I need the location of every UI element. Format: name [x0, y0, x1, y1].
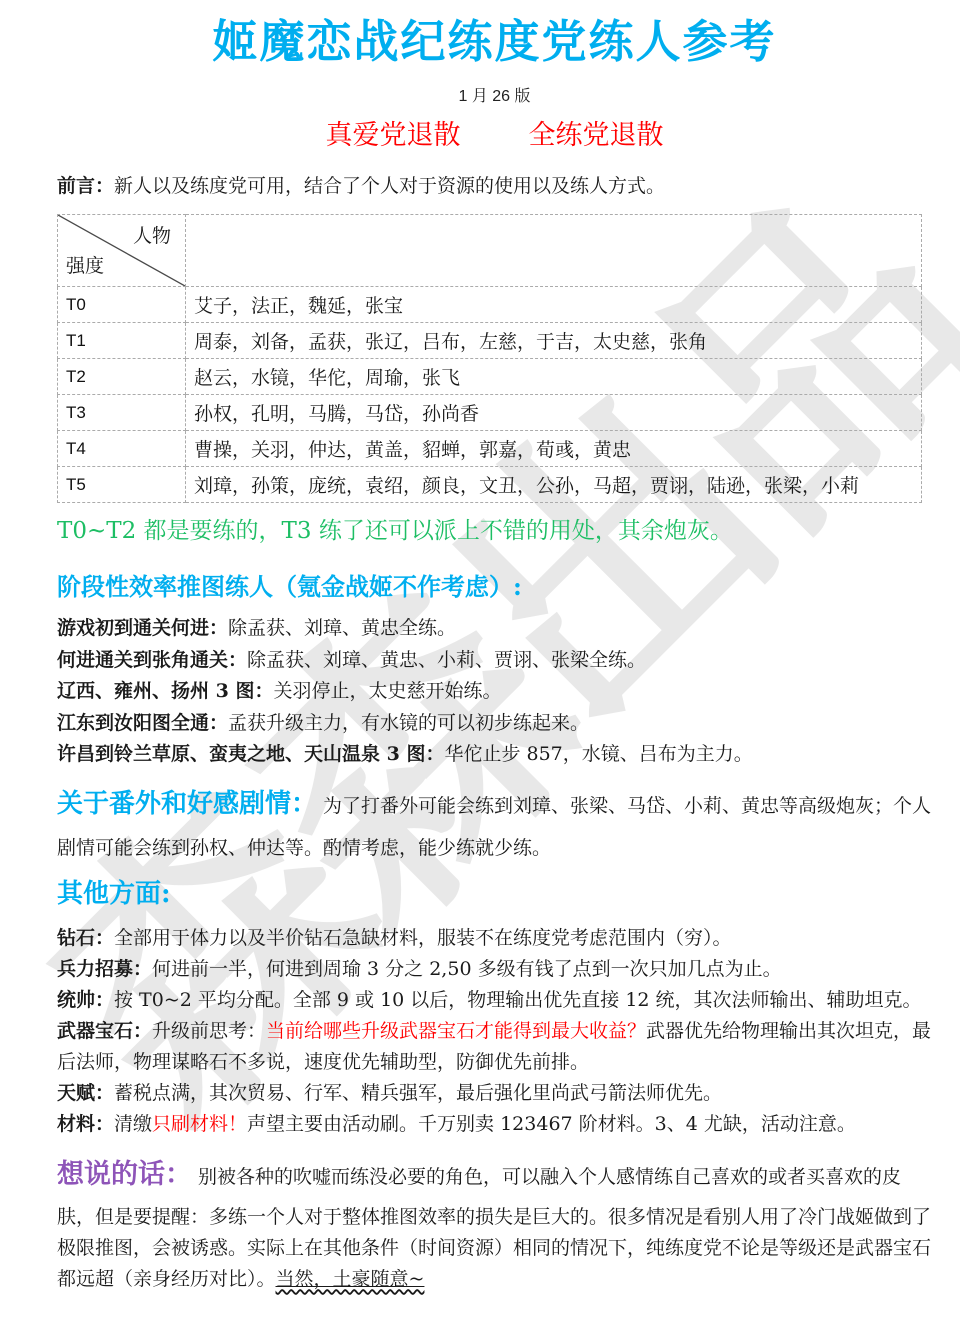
- item-diamond: 钻石：全部用于体力以及半价钻石急缺材料，服装不在练度党考虑范围内（穷）。: [57, 923, 932, 954]
- table-row: T4 曹操，关羽，仲达，黄盖，貂蝉，郭嘉，荀彧，黄忠: [58, 431, 922, 467]
- item-label: 材料：: [57, 1113, 114, 1135]
- item-text-pre: 清缴: [114, 1113, 152, 1135]
- slogan-right: 全练党退散: [529, 119, 664, 153]
- item-text-red: 只刷材料！: [152, 1113, 247, 1135]
- item-text-post: 声望主要由活动刷。千万别卖 123467 阶材料。3、4 尤缺，活动注意。: [247, 1113, 856, 1135]
- item-material: 材料：清缴只刷材料！声望主要由活动刷。千万别卖 123467 阶材料。3、4 尤…: [57, 1109, 932, 1140]
- table-row: T2 赵云，水镜，华佗，周瑜，张飞: [58, 359, 922, 395]
- stage-item: 游戏初到通关何进：除孟获、刘璋、黄忠全练。: [57, 613, 932, 645]
- stage-item: 辽西、雍州、扬州 3 图：关羽停止，太史慈开始练。: [57, 676, 932, 708]
- item-recruit: 兵力招募：何进前一半，何进到周瑜 3 分之 2,50 多级有钱了点到一次只加几点…: [57, 954, 932, 985]
- table-row: T0 艾子，法正，魏延，张宝: [58, 287, 922, 323]
- item-text: 何进前一半，何进到周瑜 3 分之 2,50 多级有钱了点到一次只加几点为止。: [152, 958, 782, 980]
- item-label: 钻石：: [57, 927, 114, 949]
- tier-characters: 周泰，刘备，孟获，张辽，吕布，左慈，于吉，太史慈，张角: [186, 323, 922, 359]
- tier-table-diagonal-cell: 人物 强度: [58, 215, 186, 287]
- tier-label: T3: [58, 395, 186, 431]
- final-section-heading: 想说的话：: [57, 1159, 192, 1190]
- stage-item: 江东到汝阳图全通：孟获升级主力，有水镜的可以初步练起来。: [57, 708, 932, 740]
- tier-characters: 刘璋，孙策，庞统，袁绍，颜良，文丑，公孙，马超，贾诩，陆逊，张梁，小莉: [186, 467, 922, 503]
- item-label: 天赋：: [57, 1082, 114, 1104]
- stage-item-label: 何进通关到张角通关：: [57, 649, 247, 671]
- document-page: 姬魔恋战纪练度党练人参考 1 月 26 版 真爱党退散 全练党退散 前言：新人以…: [0, 0, 960, 1295]
- item-label: 武器宝石：: [57, 1020, 152, 1042]
- stage-item-text: 关羽停止，太史慈开始练。: [273, 680, 501, 702]
- page-title: 姬魔恋战纪练度党练人参考: [57, 14, 932, 70]
- tier-characters: 孙权，孔明，马腾，马岱，孙尚香: [186, 395, 922, 431]
- tier-label: T5: [58, 467, 186, 503]
- tier-table-header-row: 人物 强度: [58, 215, 922, 287]
- stage-item-label: 许昌到铃兰草原、蛮夷之地、天山温泉 3 图：: [57, 743, 444, 765]
- tier-characters: 曹操，关羽，仲达，黄盖，貂蝉，郭嘉，荀彧，黄忠: [186, 431, 922, 467]
- tier-characters: 赵云，水镜，华佗，周瑜，张飞: [186, 359, 922, 395]
- stage-list: 游戏初到通关何进：除孟获、刘璋、黄忠全练。 何进通关到张角通关：除孟获、刘璋、黄…: [57, 613, 932, 771]
- final-tail-underline: 当然，土豪随意~: [276, 1268, 425, 1290]
- final-section: 想说的话：别被各种的吹嘘而练没必要的角色，可以融入个人感情练自己喜欢的或者买喜欢…: [57, 1148, 932, 1295]
- item-label: 兵力招募：: [57, 958, 152, 980]
- slogan-row: 真爱党退散 全练党退散: [57, 119, 932, 153]
- header-column-label: 人物: [133, 221, 171, 248]
- stage-item-text: 除孟获、刘璋、黄忠全练。: [228, 617, 456, 639]
- tier-label: T4: [58, 431, 186, 467]
- item-talent: 天赋：蓄税点满，其次贸易、行军、精兵强军，最后强化里尚武弓箭法师优先。: [57, 1078, 932, 1109]
- stage-item-text: 华佗止步 857，水镜、吕布为主力。: [444, 743, 752, 765]
- other-list: 钻石：全部用于体力以及半价钻石急缺材料，服装不在练度党考虑范围内（穷）。 兵力招…: [57, 923, 932, 1140]
- table-row: T1 周泰，刘备，孟获，张辽，吕布，左慈，于吉，太史慈，张角: [58, 323, 922, 359]
- final-tail-text: 当然，土豪随意~: [276, 1268, 425, 1290]
- item-text: 全部用于体力以及半价钻石急缺材料，服装不在练度党考虑范围内（穷）。: [114, 927, 732, 949]
- tier-label: T2: [58, 359, 186, 395]
- item-commander: 统帅：按 T0~2 平均分配。全部 9 或 10 以后，物理输出优先直接 12 …: [57, 985, 932, 1016]
- item-text: 按 T0~2 平均分配。全部 9 或 10 以后，物理输出优先直接 12 统，其…: [114, 989, 922, 1011]
- slogan-left: 真爱党退散: [326, 119, 461, 153]
- table-row: T3 孙权，孔明，马腾，马岱，孙尚香: [58, 395, 922, 431]
- preface-text: 新人以及练度党可用，结合了个人对于资源的使用以及练人方式。: [114, 175, 665, 197]
- stage-item-label: 辽西、雍州、扬州 3 图：: [57, 680, 273, 702]
- extra-section-heading: 关于番外和好感剧情：: [57, 789, 317, 819]
- tier-label: T1: [58, 323, 186, 359]
- item-label: 统帅：: [57, 989, 114, 1011]
- stage-item-label: 江东到汝阳图全通：: [57, 712, 228, 734]
- tier-label: T0: [58, 287, 186, 323]
- other-section-heading: 其他方面:: [57, 877, 932, 911]
- stage-section-heading: 阶段性效率推图练人（氪金战姬不作考虑）:: [57, 571, 932, 603]
- extra-section: 关于番外和好感剧情：为了打番外可能会练到刘璋、张梁、马岱、小莉、黄忠等高级炮灰；…: [57, 783, 932, 869]
- tier-characters: 艾子，法正，魏延，张宝: [186, 287, 922, 323]
- preface-label: 前言：: [57, 175, 114, 197]
- item-weapon-gem: 武器宝石：升级前思考：当前给哪些升级武器宝石才能得到最大收益？武器优先给物理输出…: [57, 1016, 932, 1078]
- version-label: 1 月 26 版: [57, 83, 932, 106]
- stage-item: 许昌到铃兰草原、蛮夷之地、天山温泉 3 图：华佗止步 857，水镜、吕布为主力。: [57, 739, 932, 771]
- stage-item-label: 游戏初到通关何进：: [57, 617, 228, 639]
- item-text: 蓄税点满，其次贸易、行军、精兵强军，最后强化里尚武弓箭法师优先。: [114, 1082, 722, 1104]
- stage-item-text: 孟获升级主力，有水镜的可以初步练起来。: [228, 712, 589, 734]
- stage-item-text: 除孟获、刘璋、黄忠、小莉、贾诩、张梁全练。: [247, 649, 646, 671]
- tier-table-header-empty-cell: [186, 215, 922, 287]
- tier-table: 人物 强度 T0 艾子，法正，魏延，张宝 T1 周泰，刘备，孟获，张辽，吕布，左…: [57, 214, 922, 503]
- item-text-red: 当前给哪些升级武器宝石才能得到最大收益？: [266, 1020, 646, 1042]
- tier-conclusion: T0~T2 都是要练的，T3 练了还可以派上不错的用处，其余炮灰。: [57, 515, 932, 547]
- table-row: T5 刘璋，孙策，庞统，袁绍，颜良，文丑，公孙，马超，贾诩，陆逊，张梁，小莉: [58, 467, 922, 503]
- header-row-label: 强度: [66, 251, 104, 278]
- preface: 前言：新人以及练度党可用，结合了个人对于资源的使用以及练人方式。: [57, 171, 932, 201]
- stage-item: 何进通关到张角通关：除孟获、刘璋、黄忠、小莉、贾诩、张梁全练。: [57, 645, 932, 677]
- item-text-pre: 升级前思考：: [152, 1020, 266, 1042]
